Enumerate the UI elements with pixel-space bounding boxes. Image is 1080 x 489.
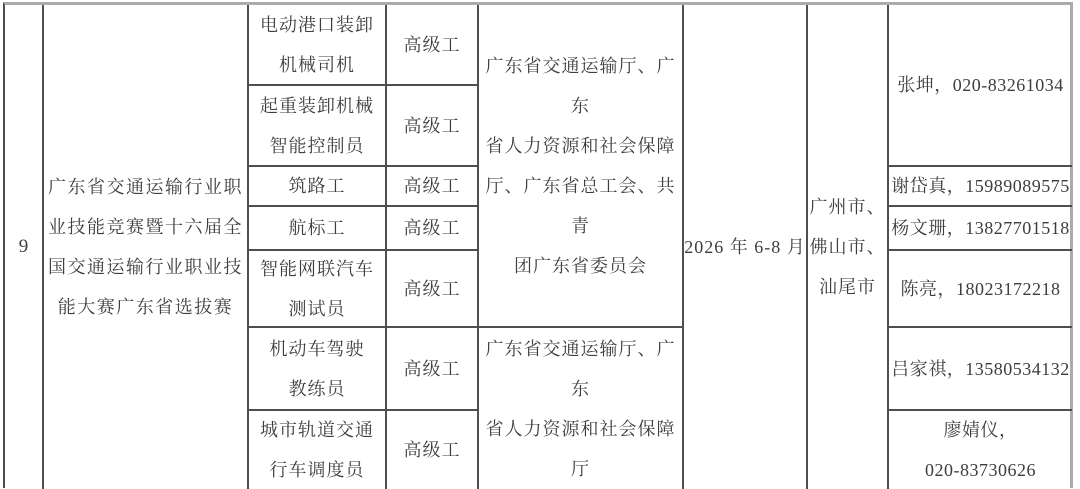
occupation-cell: 智能网联汽车 测试员 — [249, 251, 387, 328]
level-cell: 高级工 — [387, 86, 479, 167]
occupation-cell: 电动港口装卸 机械司机 — [249, 5, 387, 86]
occupation-cell: 航标工 — [249, 207, 387, 251]
row-number-cell: 9 — [5, 5, 44, 488]
level-cell: 高级工 — [387, 5, 479, 86]
contact-cell: 张坤，020-83261034 — [889, 5, 1072, 167]
level-cell: 高级工 — [387, 207, 479, 251]
time-cell: 2026 年 6-8 月 — [684, 5, 808, 488]
occupation-cell: 城市轨道交通 行车调度员 — [249, 411, 387, 488]
contact-cell: 廖婧仪， 020-83730626 — [889, 411, 1072, 488]
level-cell: 高级工 — [387, 411, 479, 488]
contact-cell: 谢岱真，15989089575 — [889, 167, 1072, 207]
contact-cell: 杨文珊，13827701518 — [889, 207, 1072, 251]
organizer-cell: 广东省交通运输厅、广东 省人力资源和社会保障 厅、广东省总工会、共青 团广东省委… — [479, 5, 684, 328]
level-cell: 高级工 — [387, 251, 479, 328]
occupation-cell: 筑路工 — [249, 167, 387, 207]
occupation-cell: 机动车驾驶 教练员 — [249, 328, 387, 411]
contact-cell: 陈亮，18023172218 — [889, 251, 1072, 328]
competition-table-row: 9 广东省交通运输行业职 业技能竞赛暨十六届全 国交通运输行业职业技 能大赛广东… — [3, 2, 1073, 488]
contact-cell: 吕家祺，13580534132 — [889, 328, 1072, 411]
competition-name-cell: 广东省交通运输行业职 业技能竞赛暨十六届全 国交通运输行业职业技 能大赛广东省选… — [44, 5, 249, 488]
level-cell: 高级工 — [387, 328, 479, 411]
occupation-cell: 起重装卸机械 智能控制员 — [249, 86, 387, 167]
level-cell: 高级工 — [387, 167, 479, 207]
location-cell: 广州市、 佛山市、 汕尾市 — [808, 5, 889, 488]
organizer-cell: 广东省交通运输厅、广东 省人力资源和社会保障 厅 — [479, 328, 684, 488]
